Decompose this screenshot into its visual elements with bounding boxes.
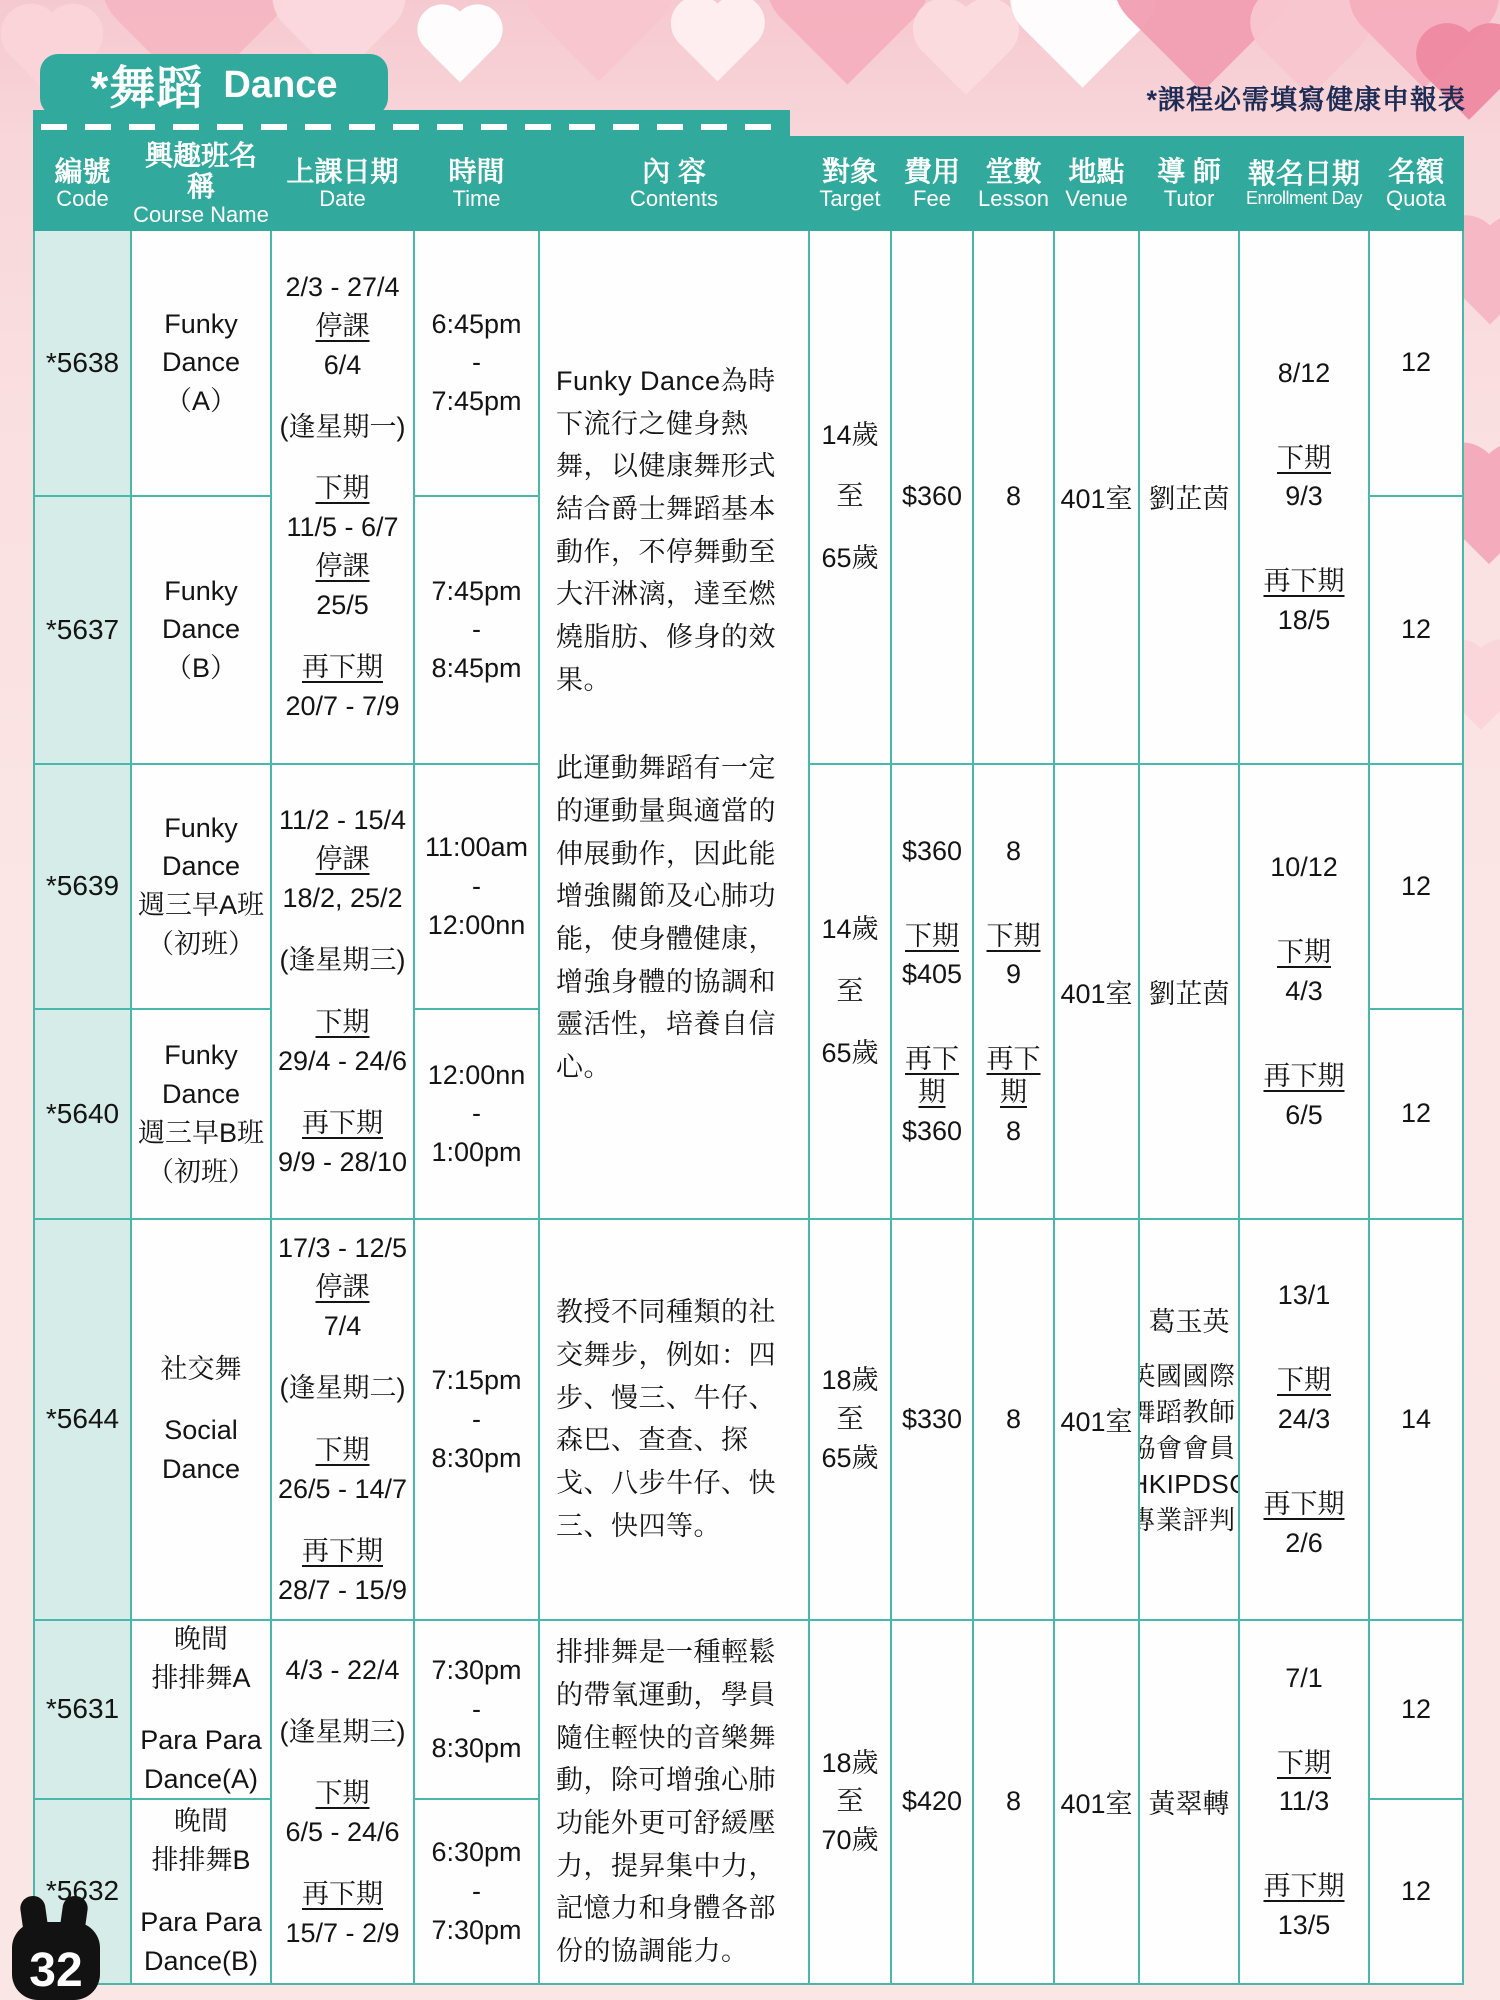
col-header-contents: 內 容Contents <box>539 137 809 230</box>
target-cell: 18歲至65歲 <box>809 1219 891 1620</box>
quota-cell: 14 <box>1369 1219 1463 1620</box>
col-header-quota: 名額Quota <box>1369 137 1463 230</box>
target-cell: 18歲至70歲 <box>809 1620 891 1984</box>
time-cell: 6:30pm-7:30pm <box>414 1799 539 1984</box>
section-title-zh: *舞蹈 <box>91 52 204 118</box>
time-cell: 6:45pm-7:45pm <box>414 230 539 496</box>
course-row-5644: *5644 社交舞SocialDance 17/3 - 12/5停課7/4(逢星… <box>34 1219 1463 1620</box>
tutor-credentials: 英國國際舞蹈教師協會會員HKIPDSC 專業評判 <box>1139 1359 1239 1538</box>
contents-cell: Funky Dance為時下流行之健身熱舞，以健康舞形式結合爵士舞蹈基本動作，不… <box>539 230 809 1219</box>
lesson-cell: 8下期9再下期8 <box>973 764 1054 1219</box>
course-name-cell: FunkyDance週三早B班（初班） <box>131 1009 271 1219</box>
code-cell: *5639 <box>34 764 131 1009</box>
tutor-cell: 黃翠轉 <box>1139 1620 1239 1984</box>
contents-cell: 排排舞是一種輕鬆的帶氧運動，學員隨住輕快的音樂舞動，除可增強心肺功能外更可舒緩壓… <box>539 1620 809 1984</box>
col-header-course-name: 興趣班名稱Course Name <box>131 137 271 230</box>
quota-cell: 12 <box>1369 764 1463 1009</box>
page-number-badge: 32 <box>12 1922 100 2000</box>
heart-icon <box>425 12 496 83</box>
time-cell: 12:00nn-1:00pm <box>414 1009 539 1219</box>
col-header-time: 時間Time <box>414 137 539 230</box>
course-name-cell: FunkyDance週三早A班（初班） <box>131 764 271 1009</box>
quota-cell: 12 <box>1369 1799 1463 1984</box>
quota-cell: 12 <box>1369 1009 1463 1219</box>
course-table: 編號Code 興趣班名稱Course Name 上課日期Date 時間Time … <box>33 136 1464 1985</box>
enrollment-cell: 13/1下期24/3再下期2/6 <box>1239 1219 1369 1620</box>
course-name-cell: FunkyDance（B） <box>131 496 271 764</box>
col-header-venue: 地點Venue <box>1054 137 1139 230</box>
code-cell: *5640 <box>34 1009 131 1219</box>
quota-cell: 12 <box>1369 230 1463 496</box>
fee-cell: $360 <box>891 230 973 764</box>
contents-cell: 教授不同種類的社交舞步，例如：四步、慢三、牛仔、森巴、查查、探戈、八步牛仔、快三… <box>539 1219 809 1620</box>
col-header-code: 編號Code <box>34 137 131 230</box>
enrollment-cell: 10/12下期4/3再下期6/5 <box>1239 764 1369 1219</box>
time-cell: 11:00am-12:00nn <box>414 764 539 1009</box>
tutor-cell: 葛玉英 英國國際舞蹈教師協會會員HKIPDSC 專業評判 <box>1139 1219 1239 1620</box>
course-name-cell: 社交舞SocialDance <box>131 1219 271 1620</box>
course-row-5638: *5638 FunkyDance（A） 2/3 - 27/4停課6/4(逢星期一… <box>34 230 1463 496</box>
date-cell: 17/3 - 12/5停課7/4(逢星期二)下期26/5 - 14/7再下期28… <box>271 1219 414 1620</box>
tutor-cell: 劉芷茵 <box>1139 764 1239 1219</box>
enrollment-cell: 7/1下期11/3再下期13/5 <box>1239 1620 1369 1984</box>
col-header-date: 上課日期Date <box>271 137 414 230</box>
venue-cell: 401室 <box>1054 1620 1139 1984</box>
date-cell: 2/3 - 27/4停課6/4(逢星期一)下期11/5 - 6/7停課25/5再… <box>271 230 414 764</box>
target-cell: 14歲至65歲 <box>809 764 891 1219</box>
page-number: 32 <box>29 1943 82 1998</box>
target-cell: 14歲至65歲 <box>809 230 891 764</box>
fee-cell: $360下期$405再下期$360 <box>891 764 973 1219</box>
col-header-lesson: 堂數Lesson <box>973 137 1054 230</box>
date-cell: 11/2 - 15/4停課18/2, 25/2(逢星期三)下期29/4 - 24… <box>271 764 414 1219</box>
quota-cell: 12 <box>1369 496 1463 764</box>
course-name-cell: 晚間排排舞BPara ParaDance(B) <box>131 1799 271 1984</box>
code-cell: *5631 <box>34 1620 131 1799</box>
course-name-cell: 晚間排排舞APara ParaDance(A) <box>131 1620 271 1799</box>
lesson-cell: 8 <box>973 230 1054 764</box>
code-cell: *5637 <box>34 496 131 764</box>
col-header-tutor: 導 師Tutor <box>1139 137 1239 230</box>
venue-cell: 401室 <box>1054 230 1139 764</box>
time-cell: 7:15pm-8:30pm <box>414 1219 539 1620</box>
fee-cell: $420 <box>891 1620 973 1984</box>
tutor-cell: 劉芷茵 <box>1139 230 1239 764</box>
col-header-target: 對象Target <box>809 137 891 230</box>
col-header-fee: 費用Fee <box>891 137 973 230</box>
section-title-en: Dance <box>223 64 337 107</box>
heart-icon <box>679 4 757 82</box>
heart-icon <box>922 7 1010 95</box>
venue-cell: 401室 <box>1054 764 1139 1219</box>
quota-cell: 12 <box>1369 1620 1463 1799</box>
table-header-row: 編號Code 興趣班名稱Course Name 上課日期Date 時間Time … <box>34 137 1463 230</box>
course-name-cell: FunkyDance（A） <box>131 230 271 496</box>
code-cell: *5644 <box>34 1219 131 1620</box>
course-row-5631: *5631 晚間排排舞APara ParaDance(A) 4/3 - 22/4… <box>34 1620 1463 1799</box>
time-cell: 7:30pm-8:30pm <box>414 1620 539 1799</box>
heart-icon <box>537 0 661 81</box>
health-declaration-note: *課程必需填寫健康申報表 <box>1146 78 1466 117</box>
section-title-badge: *舞蹈 Dance <box>40 54 388 116</box>
tutor-name: 葛玉英 <box>1149 1300 1230 1339</box>
lesson-cell: 8 <box>973 1219 1054 1620</box>
code-cell: *5638 <box>34 230 131 496</box>
heart-icon <box>780 0 914 85</box>
lesson-cell: 8 <box>973 1620 1054 1984</box>
time-cell: 7:45pm-8:45pm <box>414 496 539 764</box>
enrollment-cell: 8/12下期9/3再下期18/5 <box>1239 230 1369 764</box>
col-header-enrollment: 報名日期Enrollment Day <box>1239 137 1369 230</box>
fee-cell: $330 <box>891 1219 973 1620</box>
date-cell: 4/3 - 22/4(逢星期三)下期6/5 - 24/6再下期15/7 - 2/… <box>271 1620 414 1984</box>
venue-cell: 401室 <box>1054 1219 1139 1620</box>
